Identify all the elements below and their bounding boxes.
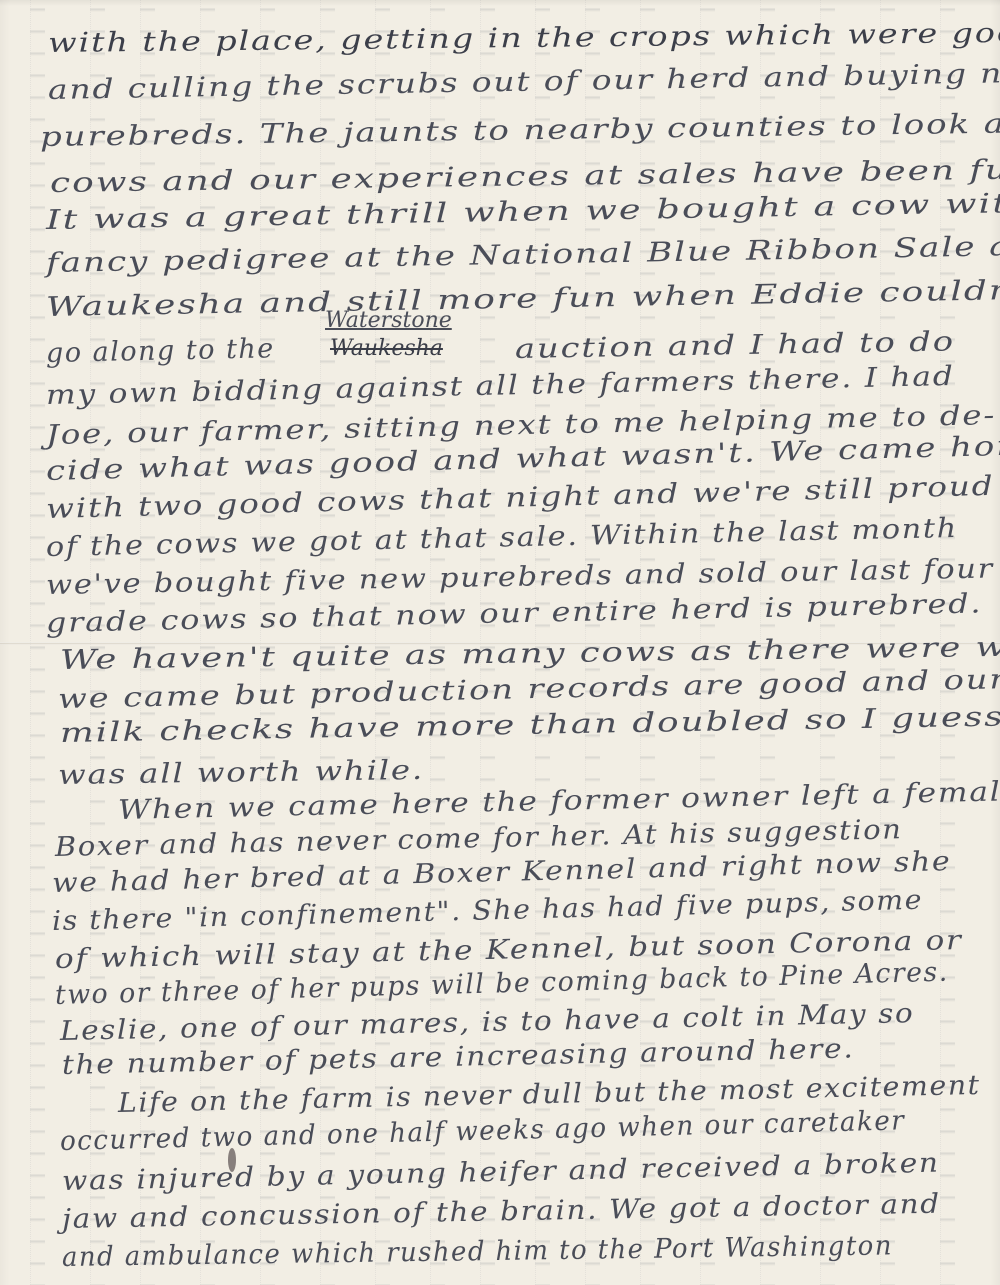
letter-line: Waukesha and still more fun when Eddie c… bbox=[46, 275, 1000, 323]
letter-page: with the place, getting in the crops whi… bbox=[0, 0, 1000, 1285]
letter-line: fancy pedigree at the National Blue Ribb… bbox=[46, 231, 1000, 279]
letter-line: go along to the bbox=[46, 333, 275, 369]
ink-smudge bbox=[228, 1148, 236, 1172]
struck-word: Waukesha bbox=[330, 336, 443, 361]
letter-line-text: go along to the bbox=[46, 333, 275, 369]
letter-line: jaw and concussion of the brain. We got … bbox=[62, 1189, 941, 1235]
letter-line: and culling the scrubs out of our herd a… bbox=[48, 57, 1000, 106]
letter-line: was all worth while. bbox=[58, 755, 424, 791]
letter-line: with the place, getting in the crops whi… bbox=[48, 17, 1000, 59]
letter-line: purebreds. The jaunts to nearby counties… bbox=[40, 108, 1000, 153]
inserted-word: Waterstone bbox=[325, 308, 452, 333]
letter-line: was injured by a young heifer and receiv… bbox=[62, 1148, 940, 1197]
